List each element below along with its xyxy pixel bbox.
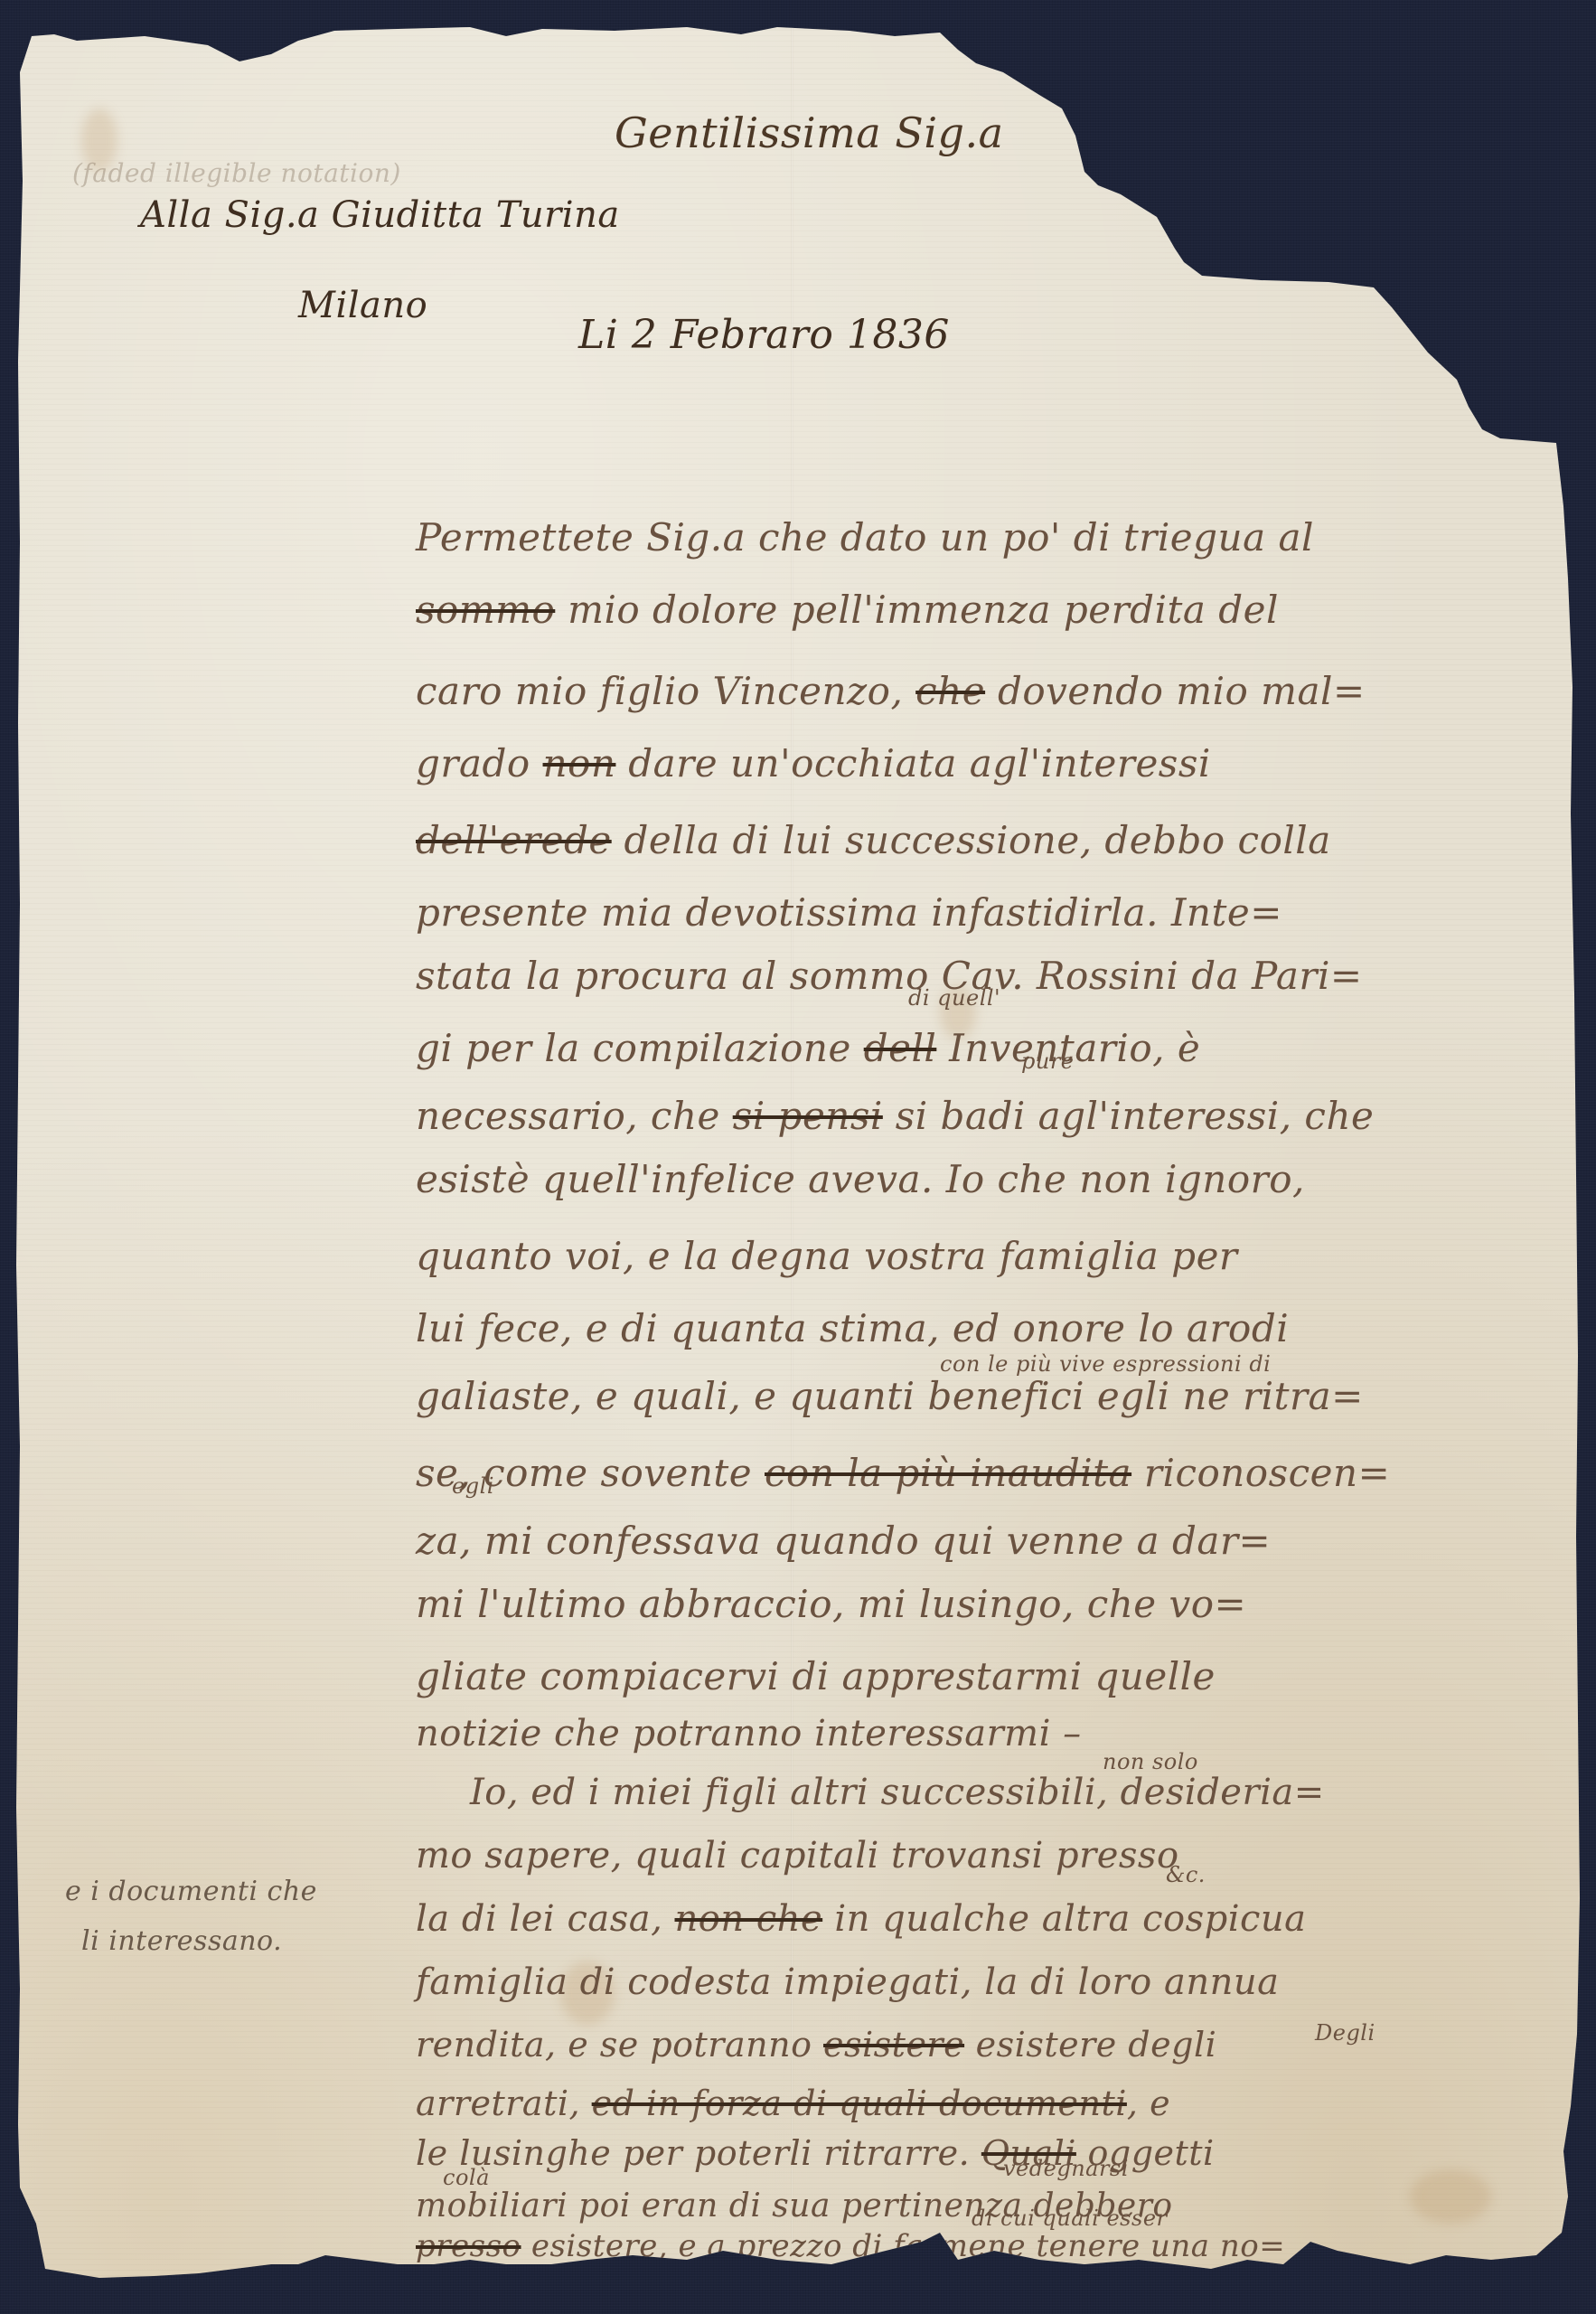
- insertion: di quell': [908, 985, 1000, 1011]
- line-text: presente mia devotissima infastidirla. I…: [416, 890, 1282, 935]
- letter-line: Io, ed i miei figli altri successibili, …: [470, 1772, 1325, 1813]
- line-text: ta nota di dettaglio,: [443, 2269, 732, 2300]
- struck-text: dell: [864, 1026, 937, 1070]
- struck-text: non: [543, 741, 616, 785]
- letter-line: famiglia di codesta impiegati, la di lor…: [416, 1961, 1279, 2003]
- letter-line: sommo mio dolore pell'immenza perdita de…: [416, 588, 1279, 632]
- letter-line: la di lei casa, non che in qualche altra…: [416, 1898, 1307, 1940]
- letter-line: presso esistere, e a prezzo di farmene t…: [416, 2228, 1285, 2264]
- letter-line: Permettete Sig.a che dato un po' di trie…: [416, 515, 1314, 560]
- letter-line: esistè quell'infelice aveva. Io che non …: [416, 1157, 1305, 1201]
- line-text: Io, ed i miei figli altri successibili, …: [470, 1772, 1325, 1813]
- struck-text: esistere: [823, 2025, 964, 2065]
- letter-line: dell'erede della di lui successione, deb…: [416, 818, 1331, 862]
- line-text: , e: [1127, 2084, 1170, 2123]
- letter-page: (faded illegible notation) Gentilissima …: [0, 0, 1596, 2314]
- letter-line: stata la procura al sommo Cav. Rossini d…: [416, 954, 1363, 998]
- line-text: dare un'occhiata agl'interessi: [615, 741, 1210, 785]
- letter-line: se, come sovente con la più inaudita ric…: [416, 1451, 1390, 1495]
- letter-line: presente mia devotissima infastidirla. I…: [416, 890, 1282, 935]
- struck-text: sommo: [416, 588, 555, 632]
- line-text: la di lei casa,: [416, 1898, 675, 1940]
- line-text: dovendo mio mal=: [985, 669, 1366, 713]
- line-text: che possano sceltà: [903, 2269, 1178, 2300]
- letter-line: galiaste, e quali, e quanti benefici egl…: [416, 1374, 1364, 1418]
- letter-line: mi l'ultimo abbraccio, mi lusingo, che v…: [416, 1582, 1246, 1626]
- letter-line: notizie che potranno interessarmi –: [416, 1713, 1082, 1754]
- struck-text: che: [915, 669, 985, 713]
- line-text: famiglia di codesta impiegati, la di lor…: [416, 1961, 1279, 2003]
- struck-text: ed in forza di quali documenti: [592, 2084, 1127, 2123]
- letter-line: mo sapere, quali capitali trovansi press…: [416, 1835, 1179, 1877]
- line-text: grado: [416, 741, 543, 785]
- line-text: notizie che potranno interessarmi –: [416, 1713, 1082, 1754]
- insertion: &c.: [1166, 1862, 1206, 1887]
- letter-line: gi per la compilazione dell Inventario, …: [416, 1026, 1200, 1070]
- line-text: si badi agl'interessi, che: [883, 1094, 1375, 1138]
- line-text: mio dolore pell'immenza perdita del: [555, 588, 1279, 632]
- line-text: quanto voi, e la degna vostra famiglia p…: [416, 1234, 1238, 1278]
- faint-notation: (faded illegible notation): [72, 158, 401, 188]
- struck-text: quali generi: [732, 2269, 903, 2300]
- salutation: Gentilissima Sig.a: [615, 108, 1004, 157]
- line-text: gi per la compilazione: [416, 1026, 864, 1070]
- letter-line: lui fece, e di quanta stima, ed onore lo…: [416, 1306, 1289, 1350]
- line-text: lui fece, e di quanta stima, ed onore lo…: [416, 1306, 1289, 1350]
- line-text: arretrati,: [416, 2084, 592, 2123]
- margin-note-line-1: e i documenti che: [65, 1876, 317, 1907]
- stain: [1410, 2169, 1491, 2224]
- line-text: rendita, e se potranno: [416, 2025, 823, 2065]
- line-text: mi l'ultimo abbraccio, mi lusingo, che v…: [416, 1582, 1246, 1626]
- line-text: della di lui successione, debbo colla: [612, 818, 1331, 862]
- letter-line: gliate compiacervi di apprestarmi quelle: [416, 1654, 1216, 1698]
- line-text: esistere, e a prezzo di farmene tenere u…: [521, 2228, 1286, 2264]
- struck-text: dell'erede: [416, 818, 612, 862]
- insertion: egli: [452, 1473, 494, 1499]
- line-text: esistere degli: [964, 2025, 1216, 2065]
- line-text: caro mio figlio Vincenzo,: [416, 669, 915, 713]
- insertion: vedegnarsi: [1003, 2156, 1129, 2181]
- recipient-line: Alla Sig.a Giuditta Turina: [140, 194, 620, 236]
- line-text: gliate compiacervi di apprestarmi quelle: [416, 1654, 1216, 1698]
- letter-line: rendita, e se potranno esistere esistere…: [416, 2025, 1216, 2065]
- struck-text: si pensi: [733, 1094, 883, 1138]
- line-text: necessario, che: [416, 1094, 733, 1138]
- line-text: za, mi confessava quando qui venne a dar…: [416, 1519, 1271, 1563]
- letter-line: quanto voi, e la degna vostra famiglia p…: [416, 1234, 1238, 1278]
- line-text: riconoscen=: [1131, 1451, 1390, 1495]
- insertion: colà: [443, 2165, 490, 2190]
- line-text: Permettete Sig.a che dato un po' di trie…: [416, 515, 1314, 560]
- line-text: mo sapere, quali capitali trovansi press…: [416, 1835, 1179, 1877]
- insertion: di cui quali esser: [972, 2206, 1168, 2231]
- date-line: Li 2 Febraro 1836: [578, 312, 950, 358]
- line-text: in qualche altra cospicua: [822, 1898, 1306, 1940]
- letter-line: grado non dare un'occhiata agl'interessi: [416, 741, 1211, 785]
- struck-text: presso: [416, 2228, 521, 2264]
- insertion: non solo: [1103, 1749, 1198, 1774]
- struck-text: non che: [675, 1898, 823, 1940]
- letter-line: ta nota di dettaglio, quali generi che p…: [443, 2269, 1178, 2300]
- insertion: pure: [1021, 1049, 1075, 1074]
- city: Milano: [298, 285, 427, 326]
- margin-note-line-2: li interessano.: [81, 1925, 282, 1957]
- letter-line: caro mio figlio Vincenzo, che dovendo mi…: [416, 669, 1366, 713]
- insertion: Degli: [1315, 2020, 1375, 2046]
- struck-text: con la più inaudita: [765, 1451, 1131, 1495]
- line-text: esistè quell'infelice aveva. Io che non …: [416, 1157, 1305, 1201]
- letter-line: za, mi confessava quando qui venne a dar…: [416, 1519, 1271, 1563]
- line-text: galiaste, e quali, e quanti benefici egl…: [416, 1374, 1364, 1418]
- insertion: con le più vive espressioni di: [940, 1351, 1271, 1377]
- letter-line: arretrati, ed in forza di quali document…: [416, 2084, 1170, 2123]
- letter-line: necessario, che si pensi si badi agl'int…: [416, 1094, 1374, 1138]
- line-text: le lusinghe per poterli ritrarre.: [416, 2133, 981, 2173]
- line-text: stata la procura al sommo Cav. Rossini d…: [416, 954, 1363, 998]
